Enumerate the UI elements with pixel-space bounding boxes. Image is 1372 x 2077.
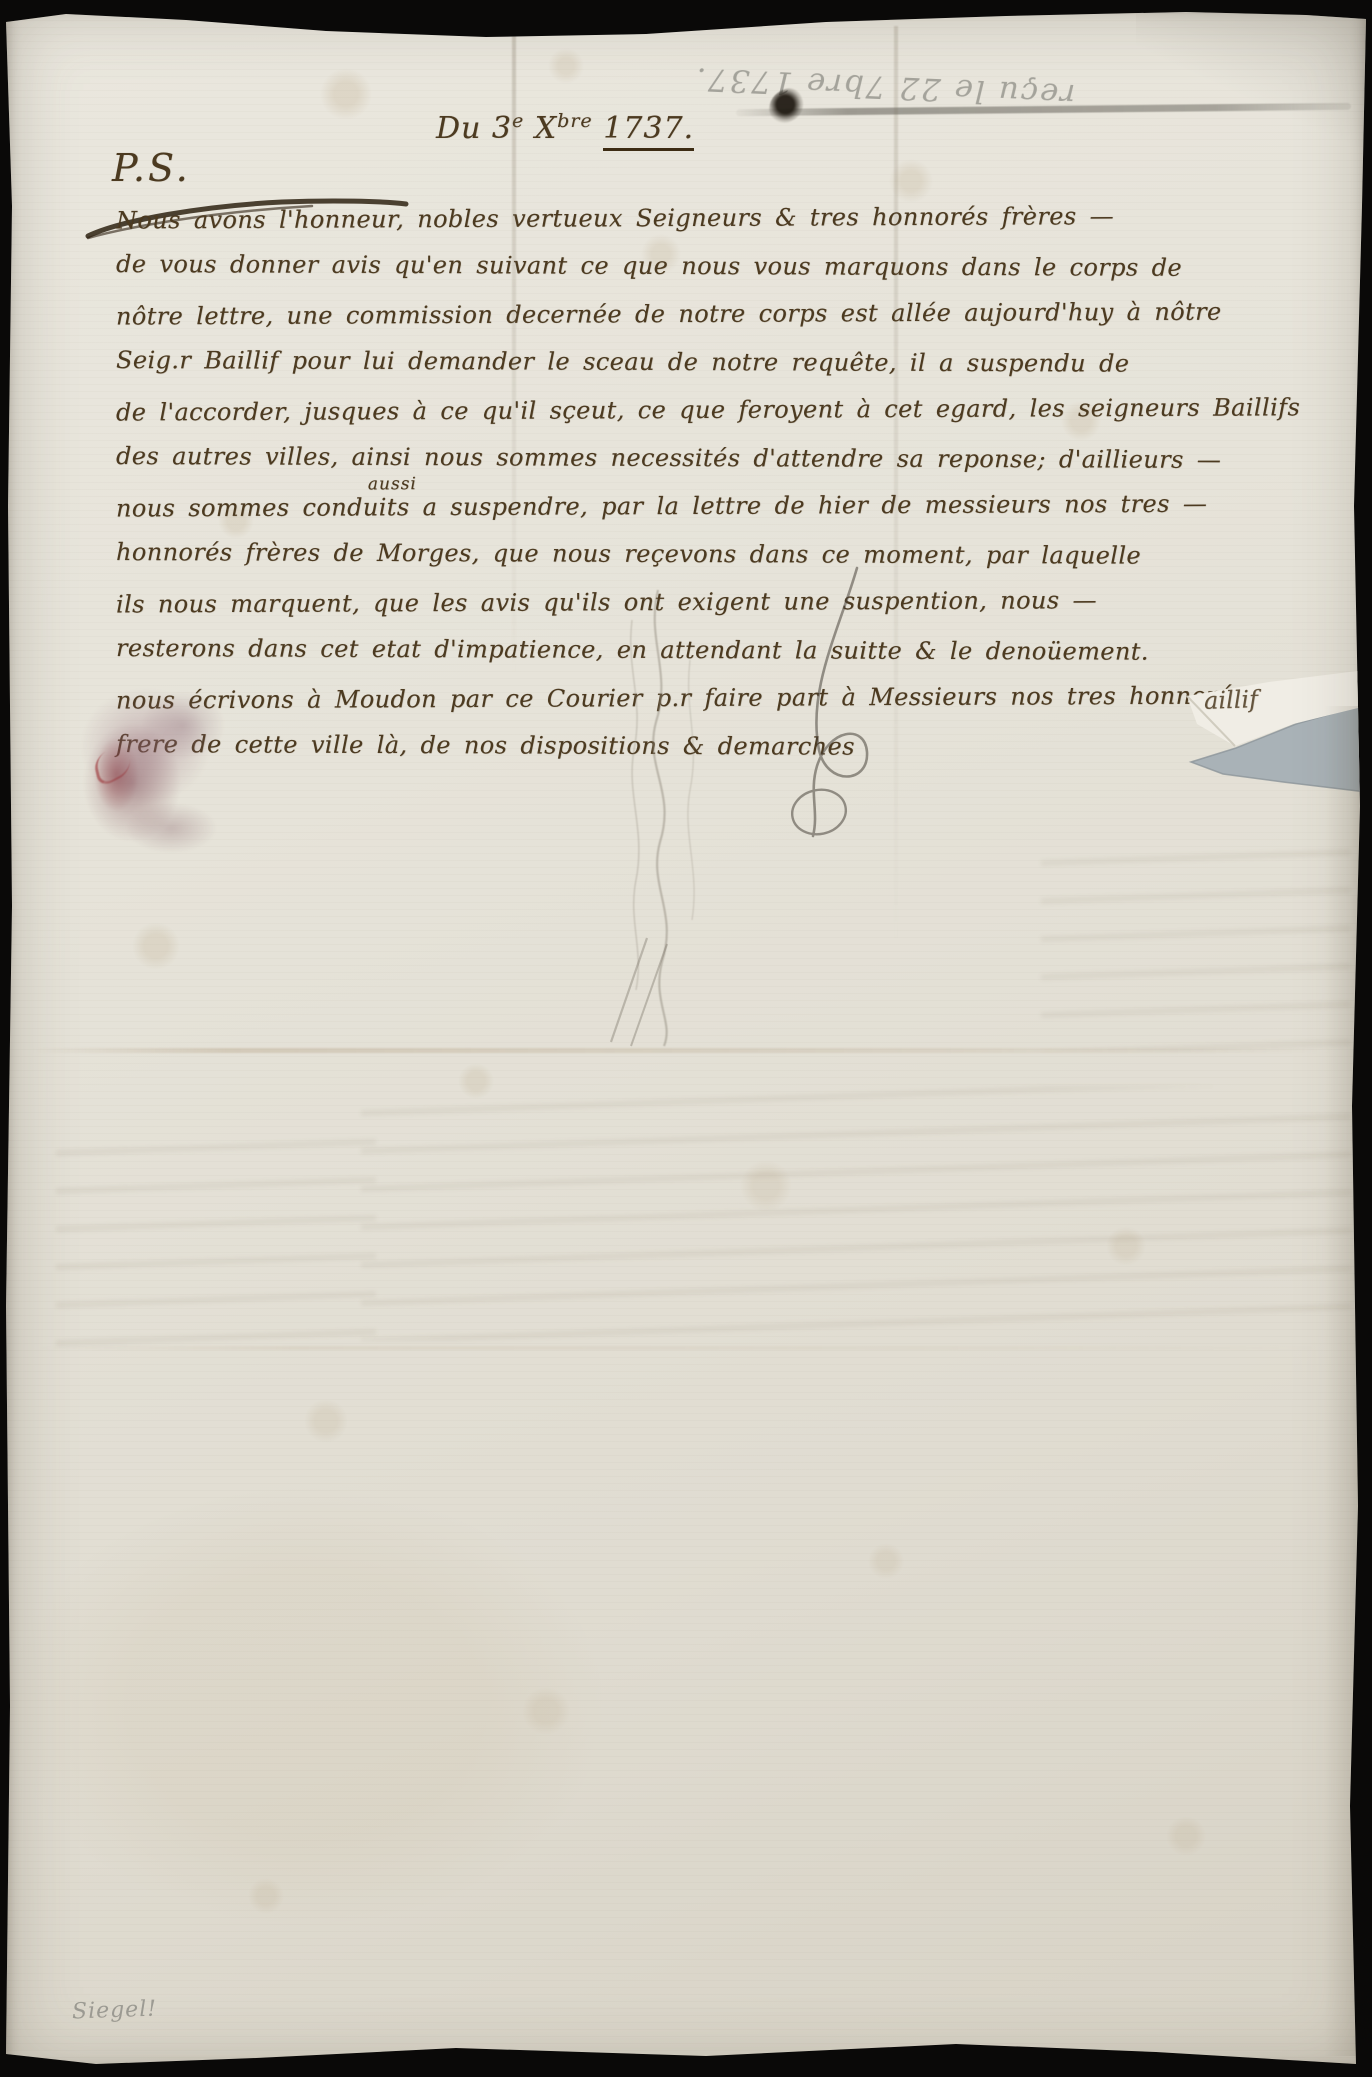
right-edge-shading bbox=[1324, 706, 1364, 2056]
letter-line-text: nous sommes conduits a suspendre, par la… bbox=[116, 490, 1207, 523]
letter-line: Nous avons l'honneur, nobles vertueux Se… bbox=[116, 202, 1246, 255]
letter-line: ils nous marquent, que les avis qu'ils o… bbox=[116, 586, 1246, 639]
show-through-text-rows bbox=[361, 1086, 1351, 1341]
date-line: Du 3e Xbre 1737. bbox=[436, 110, 694, 146]
date-prefix: Du 3 bbox=[436, 111, 512, 146]
horizontal-fold-crease bbox=[31, 1346, 1336, 1350]
letter-line-with-insertion: aussi nous sommes conduits a suspendre, … bbox=[116, 490, 1246, 543]
date-month-superscript: bre bbox=[557, 110, 593, 132]
date-ordinal: e bbox=[512, 110, 524, 132]
letter-line: des autres villes, ainsi nous sommes nec… bbox=[116, 442, 1246, 494]
corner-shading bbox=[1136, 6, 1366, 146]
letter-line: frere de cette ville là, de nos disposit… bbox=[116, 730, 1246, 782]
date-month: X bbox=[535, 111, 557, 146]
letter-line: nôtre lettre, une commission decernée de… bbox=[116, 298, 1246, 351]
letter-line: de l'accorder, jusques à ce qu'il sçeut,… bbox=[116, 394, 1246, 447]
letter-body: Nous avons l'honneur, nobles vertueux Se… bbox=[116, 204, 1246, 780]
bottom-pencil-note: Siegel! bbox=[72, 1997, 158, 2025]
postscript-label: P.S. bbox=[112, 146, 191, 190]
show-through-text-rows bbox=[56, 1126, 376, 1356]
show-through-word-fragment: aillif bbox=[1204, 685, 1259, 715]
date-year: 1737. bbox=[603, 111, 694, 151]
interline-insertion: aussi bbox=[368, 474, 417, 494]
letter-line: Seig.r Baillif pour lui demander le scea… bbox=[116, 346, 1246, 398]
letter-line: nous écrivons à Moudon par ce Courier p.… bbox=[116, 682, 1246, 735]
horizontal-fold-crease bbox=[31, 1048, 1336, 1053]
wax-seal-stain bbox=[58, 668, 253, 873]
letter-line: de vous donner avis qu'en suivant ce que… bbox=[116, 250, 1246, 302]
letter-line: honnorés frères de Morges, que nous reçe… bbox=[116, 538, 1246, 590]
letter-line: resterons dans cet etat d'impatience, en… bbox=[116, 634, 1246, 686]
scanned-letter: reçu le 22 7bre 1737. Du 3e Xbre 1737. P… bbox=[0, 0, 1372, 2077]
show-through-slashes bbox=[591, 930, 681, 1050]
show-through-text-rows bbox=[1041, 836, 1351, 1051]
torn-edge bbox=[1151, 666, 1366, 821]
paper-page: reçu le 22 7bre 1737. Du 3e Xbre 1737. P… bbox=[6, 6, 1366, 2071]
